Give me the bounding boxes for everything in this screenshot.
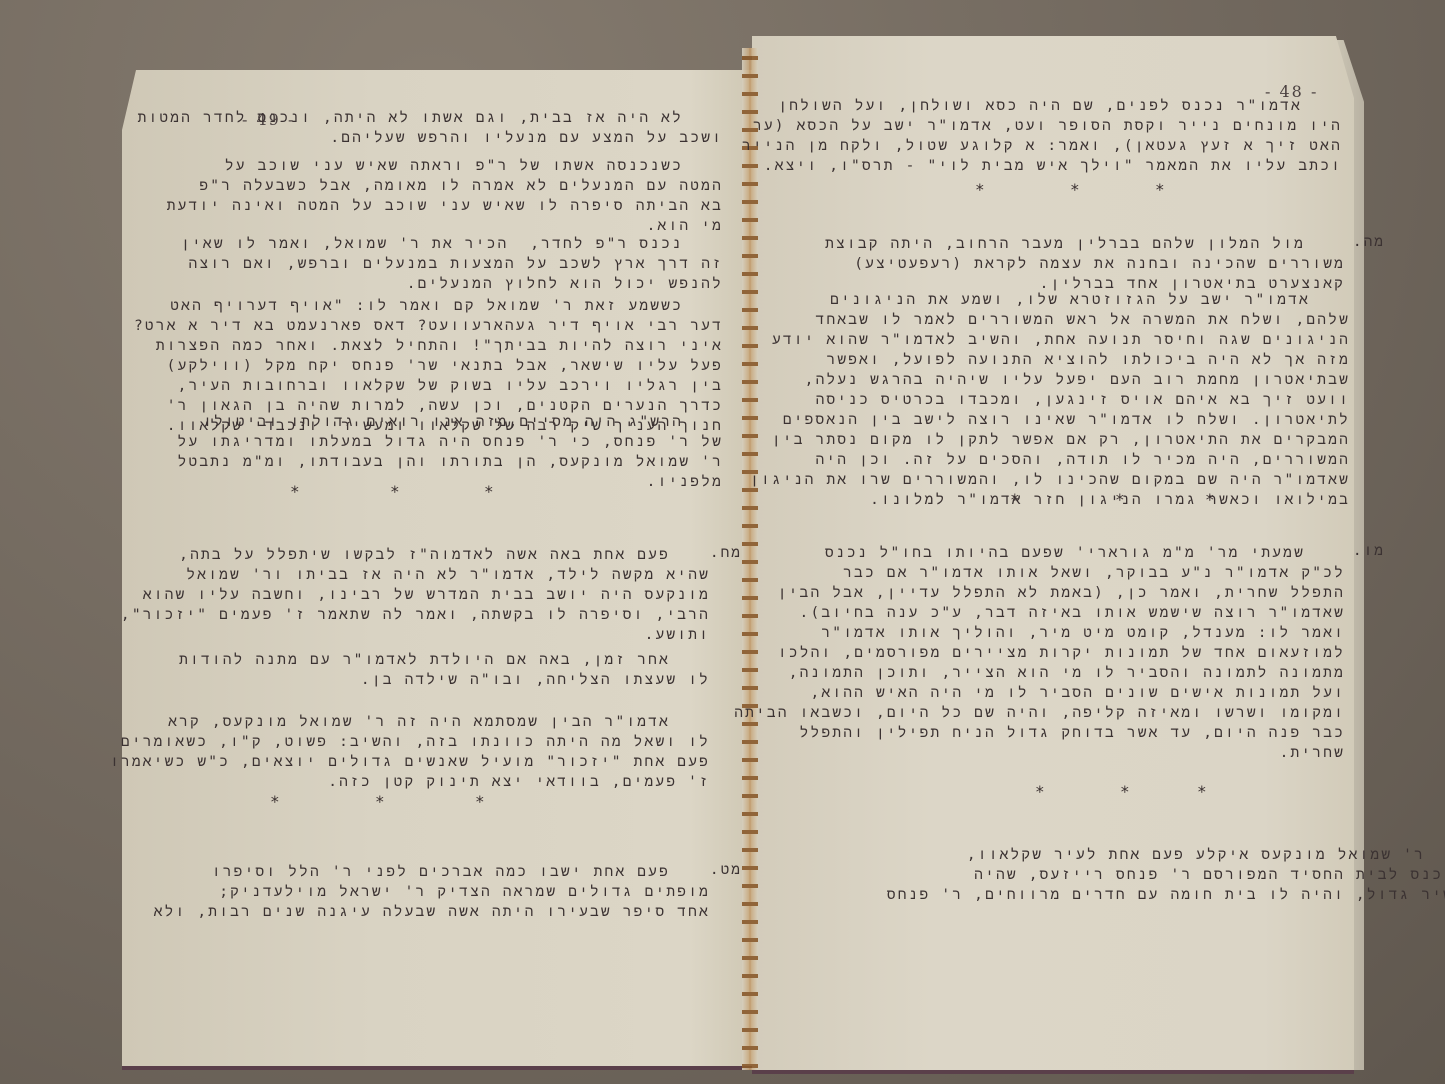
text-line: למוזעאום אחד של תמונות יקרות מציירים מפו… [734, 643, 1345, 663]
text-line: נכנס ר"פ לחדר, הכיר את ר' שמואל, ואמר לו… [181, 234, 723, 254]
text-line: שאדמו"ר היה שם במקום שהכינו לו, והמשוררי… [750, 470, 1350, 490]
text-line: מול המלון שלהם בברלין מעבר הרחוב, היתה ק… [825, 234, 1345, 254]
text-line: ואמר לו: מענדל, קומט מיט מיר, והוליך אות… [734, 623, 1345, 643]
text-line: המבקרים את התיאטרון, רק אם אפשר לתקן לו … [750, 430, 1350, 450]
text-line: לכ"ק אדמו"ר נ"ע בבוקר, ושאל אותו אדמו"ר … [734, 563, 1345, 583]
right-final-paragraph: ר' שמואל מונקעס איקלע פעם אחת לעיר שקלאו… [887, 845, 1445, 905]
text-line: ותושע. [121, 625, 710, 645]
text-line: דער רבי אויף דיר געהארעוועט? דאס פארנעמט… [134, 316, 723, 336]
text-line: התפלל שחרית, ואמר כן, (באמת לא התפלל עדי… [734, 583, 1345, 603]
section-45-paragraph-1: מול המלון שלהם בברלין מעבר הרחוב, היתה ק… [825, 234, 1345, 294]
text-line: ומקומו ושרשו ומאיזה קליפה, והיה שם כל הי… [734, 703, 1345, 723]
left-paragraph-2: כשנכנסה אשתו של ר"פ וראתה שאיש עני שוכב … [167, 156, 723, 236]
text-line: להנפש יכול הוא לחלוץ המנעלים. [181, 274, 723, 294]
text-line: ונכנס לבית החסיד המפורסם ר' פנחס רייזעס,… [887, 865, 1445, 885]
text-line: מתמונה לתמונה והסביר לו מי הוא הצייר, ות… [734, 663, 1345, 683]
text-line: מופתים גדולים שמראה הצדיק ר' ישראל מוילע… [154, 882, 710, 902]
text-line: אחר זמן, באה אם היולדת לאדמו"ר עם מתנה ל… [179, 650, 710, 670]
section-45-paragraph-2: אדמו"ר ישב על הגזוזטרא שלו, ושמע את הניג… [750, 290, 1350, 510]
text-line: וועט זיך בא איהם אויס זינגען, ומכבדו בכר… [750, 390, 1350, 410]
section-48-paragraph-1: פעם אחת באה אשה לאדמוה"ז לבקשו שיתפלל על… [121, 545, 710, 645]
text-line: לתיאטרון. ושלח לו אדמו"ר שאינו רוצה לישב… [750, 410, 1350, 430]
text-line: ועל תמונות אישים שונים הסביר לו מי היה ה… [734, 683, 1345, 703]
text-line: פעם אחת "יזכור" מועיל שאנשים גדולים יוצא… [110, 752, 710, 772]
text-line: הרש"ג היה מסיים,מזה אנו רואים גדולתו ובי… [178, 412, 723, 432]
text-line: המשוררים, היה מכיר לו תודה, והסכים על זה… [750, 450, 1350, 470]
section-label-45: מה. [1353, 234, 1385, 251]
section-label-46: מו. [1353, 543, 1385, 560]
text-line: פעם אחת באה אשה לאדמוה"ז לבקשו שיתפלל על… [121, 545, 710, 565]
text-line: לו שעצתו הצליחה, ובו"ה שילדה בן. [179, 670, 710, 690]
text-line: אחד סיפר שבעירו היתה אשה שבעלה עיגנה שני… [154, 902, 710, 922]
text-line: כששמע זאת ר' שמואל קם ואמר לו: "אויף דער… [134, 296, 723, 316]
text-line: ר' שמואל מונקעס, הן בתורתו והן בעבודתו, … [178, 452, 723, 472]
text-line: מזה אך לא היה ביכולתו להוציא התנועה לפוע… [750, 350, 1350, 370]
section-46-paragraph-1: שמעתי מר' מ"מ גורארי' שפעם בהיותו בחו"ל … [734, 543, 1345, 763]
section-label-49: מט. [710, 862, 742, 879]
text-line: ר' שמואל מונקעס איקלע פעם אחת לעיר שקלאו… [887, 845, 1445, 865]
text-line: המטה עם המנעלים לא אמרה לו מאומה, אבל כש… [167, 176, 723, 196]
text-line: אדמו"ר הבין שמסתמא היה זה ר' שמואל מונקע… [110, 712, 710, 732]
text-line: עשיר גדול, והיה לו בית חומה עם חדרים מרו… [887, 885, 1445, 905]
text-line: ושכב על המצע עם מנעליו והרפש שעליהם. [138, 128, 723, 148]
section-49-paragraph-1: פעם אחת ישבו כמה אברכים לפני ר' הלל וסיפ… [154, 862, 710, 922]
text-line: פעל עליו שישאר, אבל בתנאי שר' פנחס יקח מ… [134, 356, 723, 376]
text-line: שאדמו"ר רוצה שישמש אותו באיזה דבר, ע"כ ע… [734, 603, 1345, 623]
text-line: פעם אחת ישבו כמה אברכים לפני ר' הלל וסיפ… [154, 862, 710, 882]
text-line: כשנכנסה אשתו של ר"פ וראתה שאיש עני שוכב … [167, 156, 723, 176]
text-line: מלפניו. [178, 472, 723, 492]
text-line: מונקעס היה יושב בבית המדרש של רבינו, וחש… [121, 585, 710, 605]
text-line: שהיא מקשה לילד, אדמו"ר לא היה אז בביתו ו… [121, 565, 710, 585]
text-line: איני רוצה להיות בביתך"! והתחיל לצאת. ואח… [134, 336, 723, 356]
text-line: משוררים שהכינה ובחנה את עצמה לקראת (רעפע… [825, 254, 1345, 274]
left-paragraph-1: לא היה אז בבית, וגם אשתו לא היתה, ונכנס … [138, 108, 723, 148]
text-line: היו מונחים נייר וקסת הסופר ועט, אדמו"ר י… [742, 116, 1342, 136]
text-line: זה דרך ארץ לשכב על המצעות במנעלים וברפש,… [181, 254, 723, 274]
text-line: הניגונים שגה וחיסר תנועה אחת, והשיב לאדמ… [750, 330, 1350, 350]
text-line: הרבי, וסיפרה לו בקשתה, ואמר לה שתאמר ז' … [121, 605, 710, 625]
text-line: מי הוא. [167, 216, 723, 236]
text-line: כבר פנה היום, עד אשר בדוחק גדול הניח תפי… [734, 723, 1345, 743]
text-line: לו ושאל מה היתה כוונתו בזה, והשיב: פשוט,… [110, 732, 710, 752]
text-line: אדמו"ר ישב על הגזוזטרא שלו, ושמע את הניג… [750, 290, 1350, 310]
text-line: בא הביתה סיפרה לו שאיש עני שוכב על המטה … [167, 196, 723, 216]
text-line: וכתב עליו את המאמר "וילך איש מבית לוי" -… [742, 156, 1342, 176]
left-paragraph-5: הרש"ג היה מסיים,מזה אנו רואים גדולתו ובי… [178, 412, 723, 492]
text-line: שחרית. [734, 743, 1345, 763]
left-paragraph-3: נכנס ר"פ לחדר, הכיר את ר' שמואל, ואמר לו… [181, 234, 723, 294]
text-line: שלהם, ושלח את המשרה אל ראש המשוררים לאמר… [750, 310, 1350, 330]
text-line: בין רגליו וירכב עליו בשוק של שקלאוו וברח… [134, 376, 723, 396]
text-line: במילואו וכאשר גמרו הניגון חזר אדמו"ר למל… [750, 490, 1350, 510]
text-line: האט זיך א זעץ געטאן), ואמר: א קלוגע שטול… [742, 136, 1342, 156]
right-intro-paragraph: אדמו"ר נכנס לפנים, שם היה כסא ושולחן, וע… [742, 96, 1342, 176]
text-line: של ר' פנחס, כי ר' פנחס היה גדול במעלתו ו… [178, 432, 723, 452]
text-line: שבתיאטרון מחמת רוב העם יפעל עליו שיהיה ב… [750, 370, 1350, 390]
text-line: אדמו"ר נכנס לפנים, שם היה כסא ושולחן, וע… [742, 96, 1342, 116]
text-line: ז' פעמים, בוודאי יצא תינוק קטן כזה. [110, 772, 710, 792]
text-line: שמעתי מר' מ"מ גורארי' שפעם בהיותו בחו"ל … [734, 543, 1345, 563]
text-line: לא היה אז בבית, וגם אשתו לא היתה, ונכנס … [138, 108, 723, 128]
section-48-paragraph-2: אחר זמן, באה אם היולדת לאדמו"ר עם מתנה ל… [179, 650, 710, 690]
section-48-paragraph-3: אדמו"ר הבין שמסתמא היה זה ר' שמואל מונקע… [110, 712, 710, 792]
